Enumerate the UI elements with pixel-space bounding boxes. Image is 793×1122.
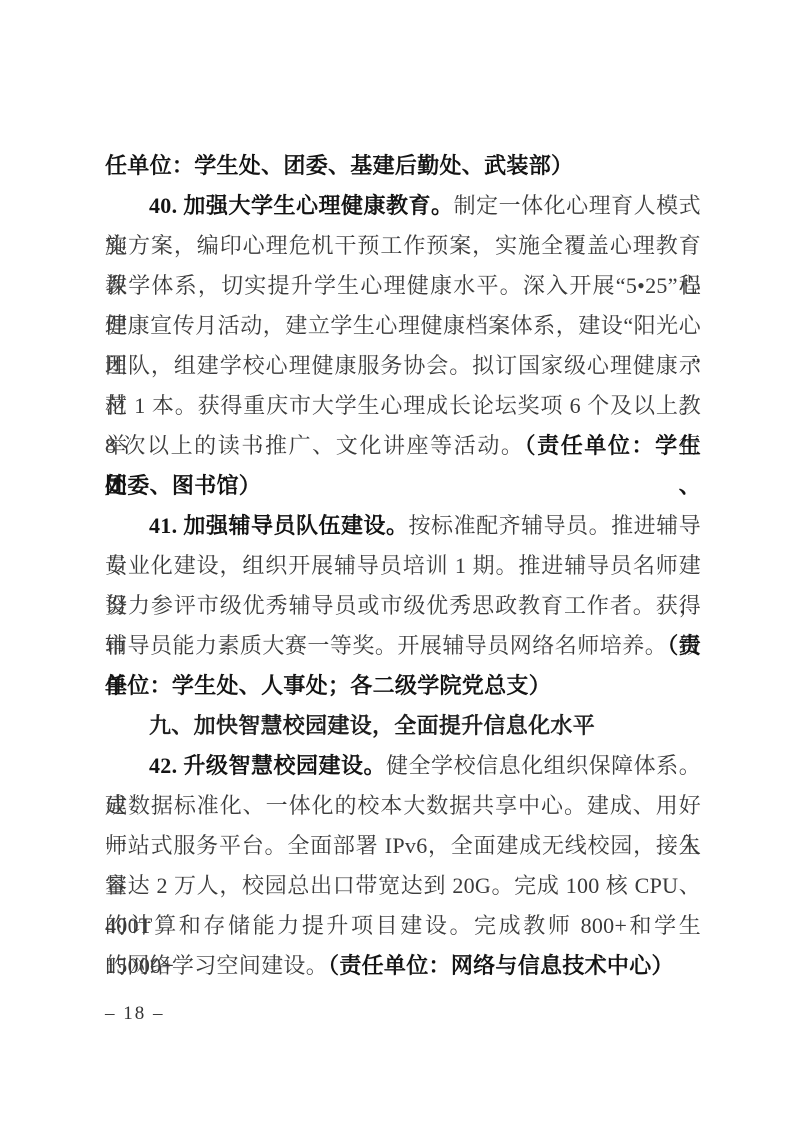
text-line: 40. 加强大学生心理健康教育。制定一体化心理育人模式实 (105, 186, 701, 226)
text-segment: 的网络学习空间建设。 (105, 953, 328, 978)
text-segment: 单位：学生处、人事处；各二级学院党总支） (105, 673, 551, 698)
page-number: – 18 – (105, 1003, 165, 1024)
text-segment: （责任单位：网络与信息技术中心） (328, 953, 674, 978)
text-segment: 任单位：学生处、团委、基建后勤处、武装部） (105, 153, 573, 178)
page-footer: – 18 – (105, 1003, 165, 1033)
text-line: 专业化建设，组织开展辅导员培训 1 期。推进辅导员名师建设， (105, 546, 701, 586)
text-line: 施方案，编印心理危机干预工作预案，实施全覆盖心理教育课程 (105, 226, 701, 266)
text-segment: 8 次以上的读书推广、文化讲座等活动。 (105, 433, 525, 458)
text-line: 努力参评市级优秀辅导员或市级优秀思政教育工作者。获得市级 (105, 586, 701, 626)
text-line: 健康宣传月活动，建立学生心理健康档案体系，建设“阳光心理” (105, 306, 701, 346)
section-heading: 九、加快智慧校园建设，全面提升信息化水平 (105, 706, 701, 746)
text-line: 成数据标准化、一体化的校本大数据共享中心。建成、用好师生 (105, 786, 701, 826)
text-line: 一站式服务平台。全面部署 IPv6，全面建成无线校园，接入容 (105, 826, 701, 866)
text-segment: 40. 加强大学生心理健康教育。 (149, 193, 454, 218)
text-line: 的计算和存储能力提升项目建设。完成教师 800+和学生 15000+ (105, 906, 701, 946)
text-segment: 42. 升级智慧校园建设。 (149, 753, 386, 778)
document-body: 任单位：学生处、团委、基建后勤处、武装部）40. 加强大学生心理健康教育。制定一… (105, 146, 701, 986)
text-segment: 辅导员能力素质大赛一等奖。开展辅导员网络名师培养。 (105, 633, 667, 658)
text-line: 团队，组建学校心理健康服务协会。拟订国家级心理健康示范教 (105, 346, 701, 386)
text-line: 41. 加强辅导员队伍建设。按标准配齐辅导员。推进辅导员 (105, 506, 701, 546)
text-line: 任单位：学生处、团委、基建后勤处、武装部） (105, 146, 701, 186)
text-line: 单位：学生处、人事处；各二级学院党总支） (105, 666, 701, 706)
text-segment: 41. 加强辅导员队伍建设。 (149, 513, 409, 538)
text-line: 42. 升级智慧校园建设。健全学校信息化组织保障体系。建 (105, 746, 701, 786)
text-segment: 九、加快智慧校园建设，全面提升信息化水平 (149, 713, 595, 738)
text-line: 的网络学习空间建设。（责任单位：网络与信息技术中心） (105, 946, 701, 986)
document-page: 任单位：学生处、团委、基建后勤处、武装部）40. 加强大学生心理健康教育。制定一… (0, 0, 793, 1122)
text-line: 教学体系，切实提升学生心理健康水平。深入开展“5•25”心理 (105, 266, 701, 306)
text-segment: 团委、图书馆） (105, 473, 261, 498)
text-line: 量达 2 万人，校园总出口带宽达到 20G。完成 100 核 CPU、400T (105, 866, 701, 906)
text-line: 材 1 本。获得重庆市大学生心理成长论坛奖项 6 个及以上。举行 (105, 386, 701, 426)
text-line: 辅导员能力素质大赛一等奖。开展辅导员网络名师培养。（责任 (105, 626, 701, 666)
text-line: 8 次以上的读书推广、文化讲座等活动。（责任单位：学生处、 (105, 426, 701, 466)
